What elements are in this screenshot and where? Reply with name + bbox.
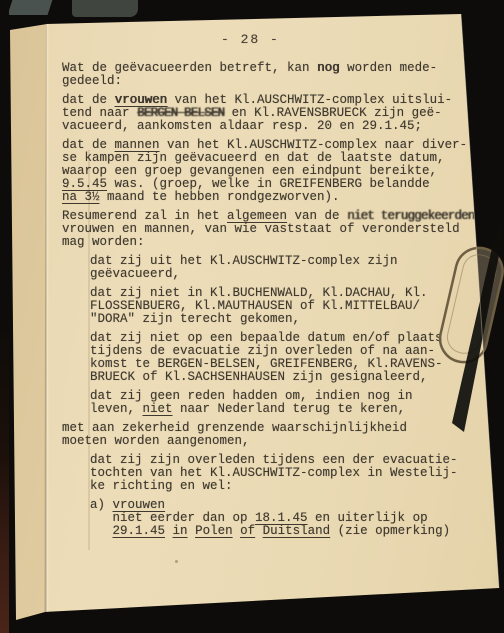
- text-segment: tochten van het Kl.AUSCHWITZ-complex in …: [90, 466, 458, 480]
- text-segment: dat zij niet in Kl.BUCHENWALD, Kl.DACHAU…: [90, 286, 428, 300]
- text-segment: met aan zekerheid grenzende waarschijnli…: [62, 421, 407, 435]
- text-segment: 18.1.45: [255, 511, 308, 525]
- text-segment: niet eerder dan op: [90, 511, 255, 525]
- text-segment: algemeen: [227, 209, 287, 223]
- text-segment: tijdens de evacuatie zijn overleden of n…: [90, 344, 435, 358]
- text-segment: en uiterlijk op: [308, 511, 428, 525]
- text-line: na 3½ maand te hebben rondgezworven).: [62, 191, 476, 204]
- text-segment: moeten worden aangenomen,: [62, 434, 250, 448]
- text-segment: [188, 524, 196, 538]
- text-segment: dat zij zijn overleden tijdens een der e…: [90, 453, 458, 467]
- text-line: ke richting en wel:: [90, 480, 476, 493]
- text-segment: 29.1.45: [113, 524, 166, 538]
- paragraph: dat zij geen reden hadden om, indien nog…: [90, 390, 476, 416]
- binding-edge: [0, 0, 9, 633]
- text-line: "DORA" zijn terecht gekomen,: [90, 313, 476, 326]
- paragraph: a) vrouwen niet eerder dan op 18.1.45 en…: [90, 499, 476, 538]
- paragraph: Resumerend zal in het algemeen van de ni…: [62, 210, 476, 249]
- text-segment: en Kl.RAVENSBRUECK zijn geë-: [224, 106, 442, 120]
- document-body: Wat de geëvacueerden betreft, kan nog wo…: [62, 62, 476, 544]
- text-segment: worden mede-: [340, 61, 438, 75]
- text-segment: BRUECK of Kl.SACHSENHAUSEN zijn gesignal…: [90, 370, 428, 384]
- text-segment: waarop een groep gevangenen een eindpunt…: [62, 164, 437, 178]
- text-line: leven, niet naar Nederland terug te kere…: [90, 403, 476, 416]
- text-segment: nog: [317, 61, 340, 75]
- text-line: moeten worden aangenomen,: [62, 435, 476, 448]
- text-segment: niet teruggekeerden,: [347, 209, 481, 223]
- text-line: Wat de geëvacueerden betreft, kan nog wo…: [62, 62, 476, 75]
- text-segment: dat zij niet op een bepaalde datum en/of…: [90, 331, 443, 345]
- text-segment: vrouwen: [113, 498, 166, 512]
- background-patch: [72, 0, 138, 17]
- text-line: vacueerd, aankomsten aldaar resp. 20 en …: [62, 120, 476, 133]
- text-segment: gedeeld:: [62, 74, 122, 88]
- text-segment: Wat de geëvacueerden betreft, kan: [62, 61, 317, 75]
- text-line: 29.1.45 in Polen of Duitsland (zie opmer…: [90, 525, 476, 538]
- text-segment: [90, 524, 113, 538]
- text-segment: dat zij geen reden hadden om, indien nog…: [90, 389, 413, 403]
- paper-speck: [175, 560, 178, 563]
- text-segment: ke richting en wel:: [90, 479, 233, 493]
- text-segment: mannen: [115, 138, 160, 152]
- text-segment: [165, 524, 173, 538]
- text-segment: komst te BERGEN-BELSEN, GREIFENBERG, Kl.…: [90, 357, 443, 371]
- text-segment: dat de: [62, 93, 115, 107]
- text-segment: van het Kl.AUSCHWITZ-complex naar diver-: [160, 138, 468, 152]
- text-segment: a): [90, 498, 113, 512]
- text-segment: niet: [143, 402, 173, 416]
- text-segment: naar Nederland terug te keren,: [173, 402, 406, 416]
- text-segment: van het Kl.AUSCHWITZ-complex uitslui-: [167, 93, 452, 107]
- text-segment: Polen: [195, 524, 233, 538]
- text-segment: van de: [287, 209, 347, 223]
- text-segment: (zie opmerking): [330, 524, 450, 538]
- paragraph: dat zij niet op een bepaalde datum en/of…: [90, 332, 476, 384]
- text-segment: maand te hebben rondgezworven).: [100, 190, 340, 204]
- background-patch: [8, 0, 53, 15]
- text-segment: mag worden:: [62, 235, 145, 249]
- text-segment: leven,: [90, 402, 143, 416]
- text-segment: dat de: [62, 138, 115, 152]
- text-segment: se kampen zijn geëvacueerd en dat de laa…: [62, 151, 445, 165]
- text-segment: tend naar: [62, 106, 137, 120]
- paragraph: dat zij niet in Kl.BUCHENWALD, Kl.DACHAU…: [90, 287, 476, 326]
- text-line: BRUECK of Kl.SACHSENHAUSEN zijn gesignal…: [90, 371, 476, 384]
- text-segment: vacueerd, aankomsten aldaar resp. 20 en …: [62, 119, 422, 133]
- text-segment: dat zij uit het Kl.AUSCHWITZ-complex zij…: [90, 254, 398, 268]
- document-page: - 28 - Wat de geëvacueerden betreft, kan…: [0, 0, 504, 633]
- text-segment: vrouwen en mannen, van wie vaststaat of …: [62, 222, 460, 236]
- text-segment: geëvacueerd,: [90, 267, 180, 281]
- text-line: geëvacueerd,: [90, 268, 476, 281]
- paragraph: dat zij uit het Kl.AUSCHWITZ-complex zij…: [90, 255, 476, 281]
- text-segment: 9.5.45: [62, 177, 107, 191]
- page-number: - 28 -: [221, 32, 280, 47]
- scanned-page-photo: - 28 - Wat de geëvacueerden betreft, kan…: [0, 0, 504, 633]
- text-line: gedeeld:: [62, 75, 476, 88]
- text-segment: was. (groep, welke in GREIFENBERG beland…: [107, 177, 430, 191]
- text-segment: BERGEN-BELSEN: [137, 106, 224, 120]
- text-segment: Resumerend zal in het: [62, 209, 227, 223]
- paragraph: dat zij zijn overleden tijdens een der e…: [90, 454, 476, 493]
- text-segment: vrouwen: [115, 93, 168, 107]
- text-segment: "DORA" zijn terecht gekomen,: [90, 312, 300, 326]
- text-segment: of: [240, 524, 255, 538]
- text-segment: Duitsland: [263, 524, 331, 538]
- text-segment: [233, 524, 241, 538]
- text-segment: na 3½: [62, 190, 100, 204]
- text-line: mag worden:: [62, 236, 476, 249]
- paragraph: met aan zekerheid grenzende waarschijnli…: [62, 422, 476, 448]
- text-segment: FLOSSENBUERG, Kl.MAUTHAUSEN of Kl.MITTEL…: [90, 299, 420, 313]
- text-segment: in: [173, 524, 188, 538]
- text-segment: [255, 524, 263, 538]
- paragraph: Wat de geëvacueerden betreft, kan nog wo…: [62, 62, 476, 88]
- paragraph: dat de vrouwen van het Kl.AUSCHWITZ-comp…: [62, 94, 476, 133]
- paragraph: dat de mannen van het Kl.AUSCHWITZ-compl…: [62, 139, 476, 204]
